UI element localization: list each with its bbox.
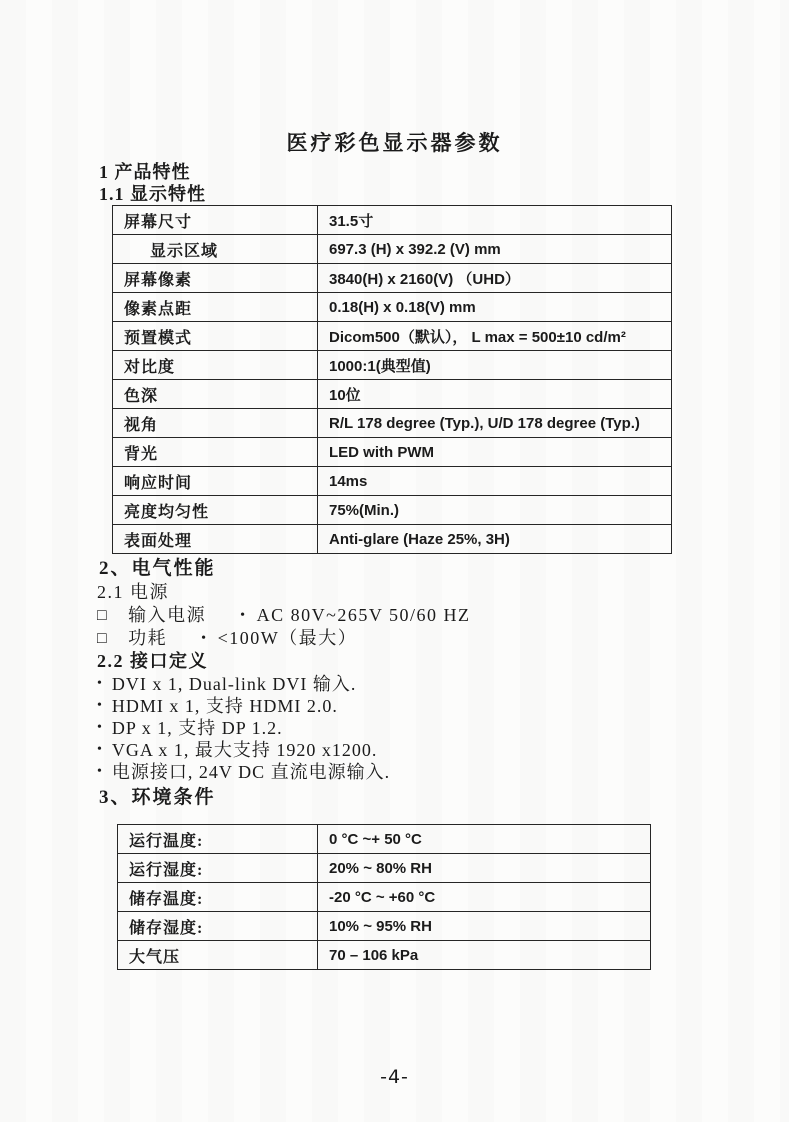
table-row: 响应时间 14ms xyxy=(113,467,672,496)
interface-item-text: DP x 1, 支持 DP 1.2. xyxy=(112,717,283,739)
bullet-icon: • xyxy=(97,673,103,695)
document-page: 医疗彩色显示器参数 1 产品特性 1.1 显示特性 屏幕尺寸 31.5寸 显示区… xyxy=(0,0,789,1122)
interface-item: • 电源接口, 24V DC 直流电源输入. xyxy=(97,761,789,783)
row-label: 背光 xyxy=(113,438,318,467)
interface-item: • DP x 1, 支持 DP 1.2. xyxy=(97,717,789,739)
row-value: 697.3 (H) x 392.2 (V) mm xyxy=(318,235,672,264)
row-value: 75%(Min.) xyxy=(318,496,672,525)
table-row: 亮度均匀性 75%(Min.) xyxy=(113,496,672,525)
row-value: 0.18(H) x 0.18(V) mm xyxy=(318,293,672,322)
row-value: LED with PWM xyxy=(318,438,672,467)
row-value: 10% ~ 95% RH xyxy=(318,912,651,941)
row-label: 显示区域 xyxy=(113,235,318,264)
interface-item: • VGA x 1, 最大支持 1920 x1200. xyxy=(97,739,789,761)
table-row: 储存湿度: 10% ~ 95% RH xyxy=(118,912,651,941)
power-item-label: 功耗 xyxy=(128,627,167,650)
row-label: 运行温度: xyxy=(118,825,318,854)
bullet-icon: • xyxy=(97,717,103,739)
row-label: 表面处理 xyxy=(113,525,318,554)
table-row: 大气压 70 – 106 kPa xyxy=(118,941,651,970)
power-item-value: <100W（最大） xyxy=(218,627,358,650)
bullet-icon: • xyxy=(97,695,103,717)
row-label: 响应时间 xyxy=(113,467,318,496)
row-value: Anti-glare (Haze 25%, 3H) xyxy=(318,525,672,554)
row-label: 运行湿度: xyxy=(118,854,318,883)
section-2-heading: 2、电气性能 xyxy=(99,557,789,581)
section-1-1-heading: 1.1 显示特性 xyxy=(99,183,789,205)
interface-item-text: VGA x 1, 最大支持 1920 x1200. xyxy=(112,739,378,761)
table-row: 色深 10位 xyxy=(113,380,672,409)
row-label: 储存温度: xyxy=(118,883,318,912)
row-label: 屏幕像素 xyxy=(113,264,318,293)
row-label: 预置模式 xyxy=(113,322,318,351)
row-value: 3840(H) x 2160(V) （UHD） xyxy=(318,264,672,293)
row-value: Dicom500（默认）， L max = 500±10 cd/m² xyxy=(318,322,672,351)
interface-item-text: HDMI x 1, 支持 HDMI 2.0. xyxy=(112,695,338,717)
table-row: 预置模式 Dicom500（默认）， L max = 500±10 cd/m² xyxy=(113,322,672,351)
row-label: 像素点距 xyxy=(113,293,318,322)
row-value: 10位 xyxy=(318,380,672,409)
section-2-2-heading: 2.2 接口定义 xyxy=(97,650,789,673)
display-characteristics-table: 屏幕尺寸 31.5寸 显示区域 697.3 (H) x 392.2 (V) mm… xyxy=(112,205,672,554)
power-item-label: 输入电源 xyxy=(128,604,206,627)
section-2-1-heading: 2.1 电源 xyxy=(97,581,789,604)
row-label: 储存湿度: xyxy=(118,912,318,941)
row-label: 屏幕尺寸 xyxy=(113,206,318,235)
bullet-icon: • xyxy=(240,604,246,627)
row-label: 大气压 xyxy=(118,941,318,970)
row-label: 亮度均匀性 xyxy=(113,496,318,525)
bullet-icon: • xyxy=(201,627,207,650)
interface-item: • DVI x 1, Dual-link DVI 输入. xyxy=(97,673,789,695)
table-row: 运行湿度: 20% ~ 80% RH xyxy=(118,854,651,883)
environmental-conditions-table: 运行温度: 0 °C ~+ 50 °C 运行湿度: 20% ~ 80% RH 储… xyxy=(117,824,651,970)
checkbox-icon: □ xyxy=(97,604,108,627)
power-item: □ 功耗 • <100W（最大） xyxy=(97,627,789,650)
page-number: -4- xyxy=(0,1066,789,1088)
row-value: 70 – 106 kPa xyxy=(318,941,651,970)
row-value: -20 °C ~ +60 °C xyxy=(318,883,651,912)
table-row: 屏幕像素 3840(H) x 2160(V) （UHD） xyxy=(113,264,672,293)
table-row: 对比度 1000:1(典型值) xyxy=(113,351,672,380)
table-row: 像素点距 0.18(H) x 0.18(V) mm xyxy=(113,293,672,322)
row-label: 色深 xyxy=(113,380,318,409)
row-value: 1000:1(典型值) xyxy=(318,351,672,380)
power-item: □ 输入电源 • AC 80V~265V 50/60 HZ xyxy=(97,604,789,627)
row-label: 对比度 xyxy=(113,351,318,380)
table-row: 屏幕尺寸 31.5寸 xyxy=(113,206,672,235)
row-value: 31.5寸 xyxy=(318,206,672,235)
row-value: 20% ~ 80% RH xyxy=(318,854,651,883)
bullet-icon: • xyxy=(97,739,103,761)
table-row: 运行温度: 0 °C ~+ 50 °C xyxy=(118,825,651,854)
table-row: 显示区域 697.3 (H) x 392.2 (V) mm xyxy=(113,235,672,264)
interface-item-text: DVI x 1, Dual-link DVI 输入. xyxy=(112,673,356,695)
section-1-heading: 1 产品特性 xyxy=(99,161,789,183)
table-row: 表面处理 Anti-glare (Haze 25%, 3H) xyxy=(113,525,672,554)
interface-item-text: 电源接口, 24V DC 直流电源输入. xyxy=(112,761,390,783)
bullet-icon: • xyxy=(97,761,103,783)
power-item-value: AC 80V~265V 50/60 HZ xyxy=(257,604,471,627)
row-label: 视角 xyxy=(113,409,318,438)
row-value: 14ms xyxy=(318,467,672,496)
page-title: 医疗彩色显示器参数 xyxy=(0,0,789,155)
table-row: 背光 LED with PWM xyxy=(113,438,672,467)
table-row: 储存温度: -20 °C ~ +60 °C xyxy=(118,883,651,912)
row-value: 0 °C ~+ 50 °C xyxy=(318,825,651,854)
interface-item: • HDMI x 1, 支持 HDMI 2.0. xyxy=(97,695,789,717)
section-3-heading: 3、环境条件 xyxy=(99,786,789,810)
checkbox-icon: □ xyxy=(97,627,108,650)
table-row: 视角 R/L 178 degree (Typ.), U/D 178 degree… xyxy=(113,409,672,438)
row-value: R/L 178 degree (Typ.), U/D 178 degree (T… xyxy=(318,409,672,438)
